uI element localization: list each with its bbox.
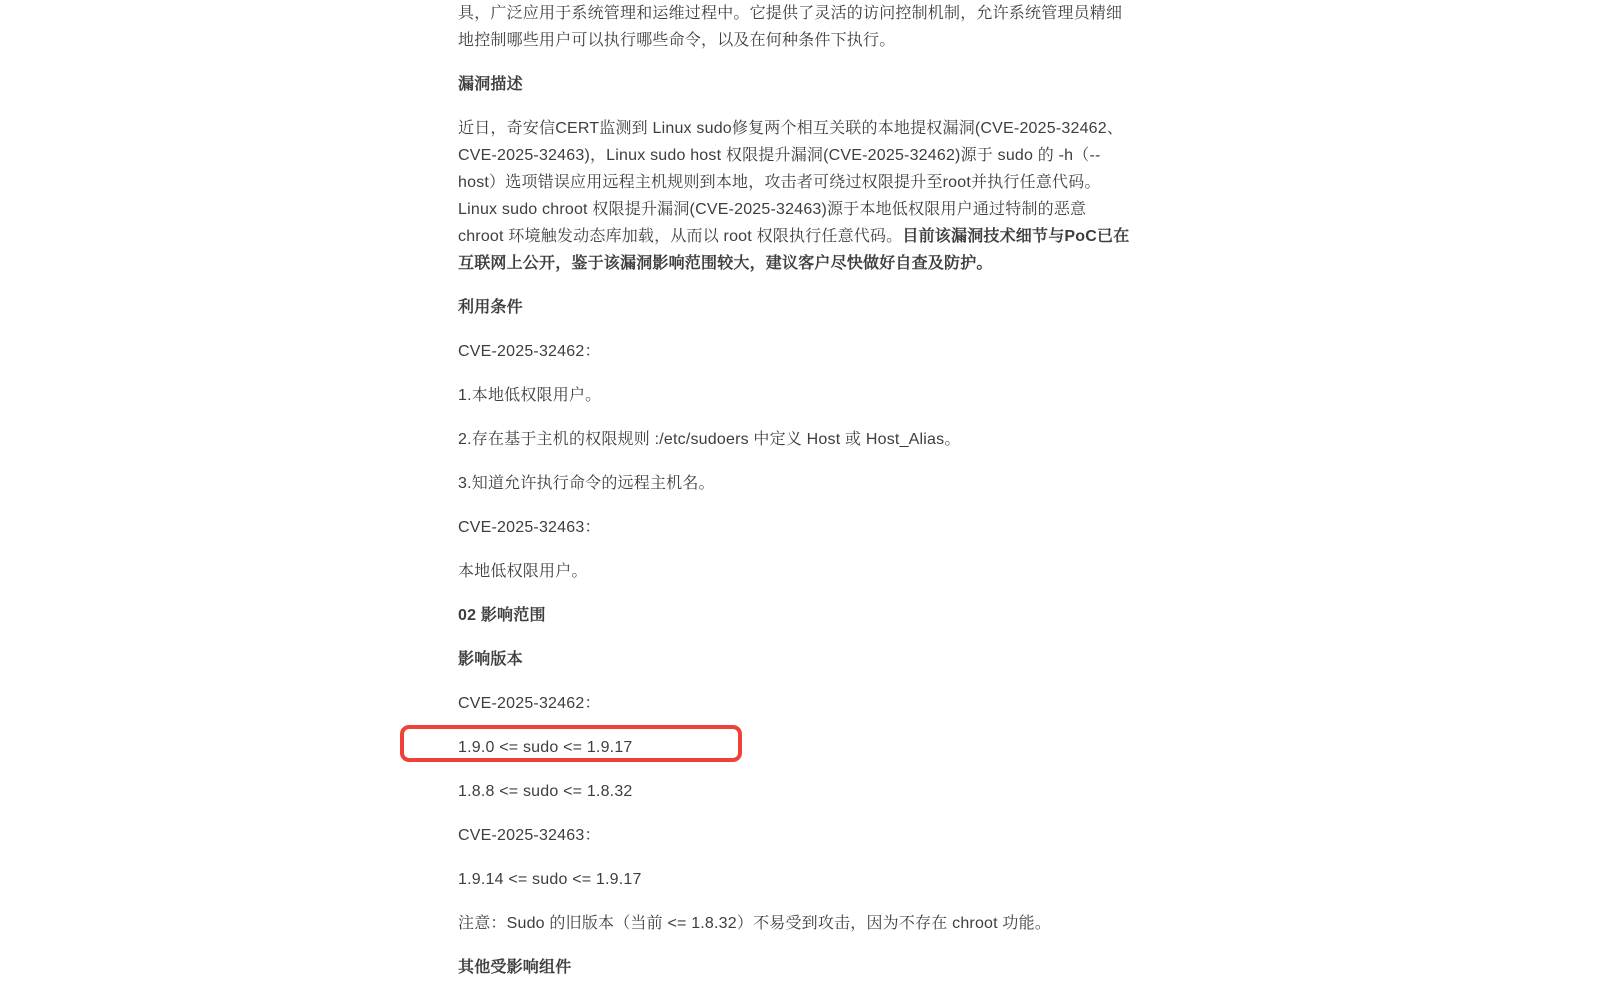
condition-item-1: 1.本地低权限用户。 bbox=[458, 382, 1134, 409]
paragraph-sudo-intro-partial: 具，广泛应用于系统管理和运维过程中。它提供了灵活的访问控制机制，允许系统管理员精… bbox=[458, 0, 1134, 54]
heading-other-affected-components: 其他受影响组件 bbox=[458, 954, 1134, 981]
affected-cve-2025-32463-label: CVE-2025-32463： bbox=[458, 822, 1134, 849]
article-content: 具，广泛应用于系统管理和运维过程中。它提供了灵活的访问控制机制，允许系统管理员精… bbox=[458, 0, 1134, 996]
condition-item-3: 3.知道允许执行命令的远程主机名。 bbox=[458, 470, 1134, 497]
heading-exploit-conditions: 利用条件 bbox=[458, 294, 1134, 321]
condition-item-2: 2.存在基于主机的权限规则 :/etc/sudoers 中定义 Host 或 H… bbox=[458, 426, 1134, 453]
heading-vulnerability-description: 漏洞描述 bbox=[458, 71, 1134, 98]
condition-local-user: 本地低权限用户。 bbox=[458, 558, 1134, 585]
vulnerability-description-text: 近日，奇安信CERT监测到 Linux sudo修复两个相互关联的本地提权漏洞(… bbox=[458, 120, 1123, 245]
affected-version-range-32463: 1.9.14 <= sudo <= 1.9.17 bbox=[458, 866, 1134, 893]
version-range-text: 1.9.0 <= sudo <= 1.9.17 bbox=[458, 739, 633, 756]
heading-affected-versions: 影响版本 bbox=[458, 646, 1134, 673]
affected-version-range-32462: 1.9.0 <= sudo <= 1.9.17 bbox=[458, 734, 1134, 761]
article-page: 具，广泛应用于系统管理和运维过程中。它提供了灵活的访问控制机制，允许系统管理员精… bbox=[0, 0, 1612, 996]
note-legacy-versions: 注意：Sudo 的旧版本（当前 <= 1.8.32）不易受到攻击，因为不存在 c… bbox=[458, 910, 1134, 937]
cve-2025-32462-label: CVE-2025-32462： bbox=[458, 338, 1134, 365]
affected-cve-2025-32462-label: CVE-2025-32462： bbox=[458, 690, 1134, 717]
affected-version-range-32462-legacy: 1.8.8 <= sudo <= 1.8.32 bbox=[458, 778, 1134, 805]
cve-2025-32463-label: CVE-2025-32463： bbox=[458, 514, 1134, 541]
heading-impact-scope: 02 影响范围 bbox=[458, 602, 1134, 629]
paragraph-vulnerability-description: 近日，奇安信CERT监测到 Linux sudo修复两个相互关联的本地提权漏洞(… bbox=[458, 115, 1134, 277]
